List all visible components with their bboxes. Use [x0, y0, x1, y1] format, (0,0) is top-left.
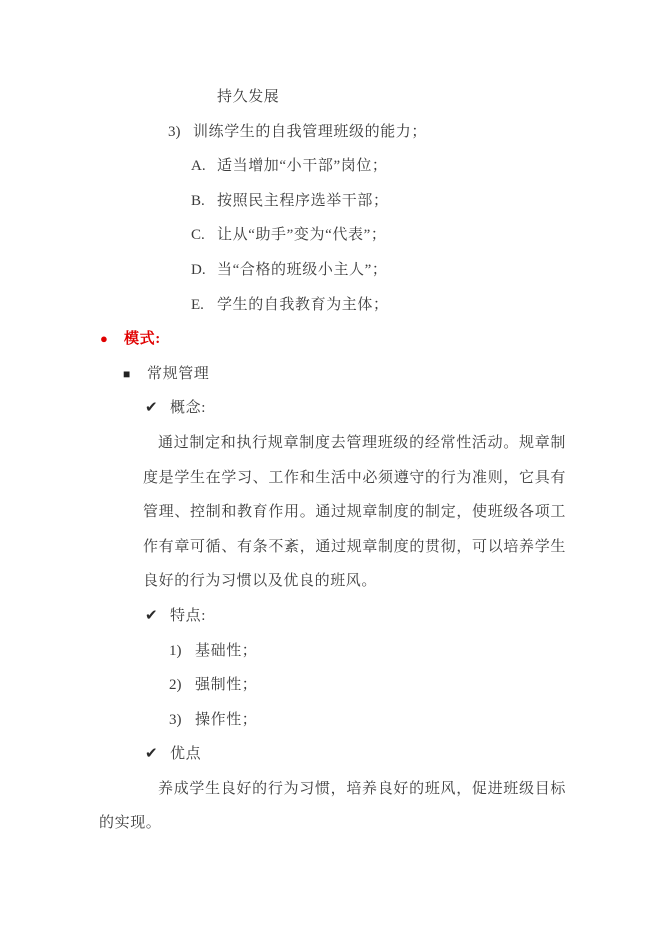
- hanging-text-line: 持久发展: [99, 80, 566, 115]
- line-text: 的实现。: [99, 815, 161, 831]
- numbered-list-item: 3)操作性；: [99, 703, 566, 738]
- document-page: 持久发展3)训练学生的自我管理班级的能力；A.适当增加“小干部”岗位；B.按照民…: [0, 0, 660, 934]
- paragraph-line: 度是学生在学习、工作和生活中必须遵守的行为准则，它具有: [99, 461, 566, 496]
- line-text: 概念:: [170, 400, 206, 416]
- paragraph-line: 通过制定和执行规章制度去管理班级的经常性活动。规章制: [99, 426, 566, 461]
- line-text: 让从“助手”变为“代表”；: [217, 227, 386, 243]
- line-text: 常规管理: [147, 366, 209, 382]
- check-icon: ✔: [145, 737, 170, 772]
- number-marker: 3): [168, 115, 193, 150]
- line-text: 学生的自我教育为主体；: [217, 297, 389, 313]
- line-text: 基础性；: [195, 643, 257, 659]
- line-text: 通过制定和执行规章制度去管理班级的经常性活动。规章制: [158, 435, 566, 451]
- paragraph-line: 作有章可循、有条不紊，通过规章制度的贯彻，可以培养学生: [99, 530, 566, 565]
- line-text: 当“合格的班级小主人”；: [217, 262, 388, 278]
- letter-marker: C.: [191, 218, 217, 253]
- line-text: 训练学生的自我管理班级的能力；: [193, 124, 427, 140]
- number-marker: 1): [169, 634, 195, 669]
- paragraph-line: 管理、控制和教育作用。通过规章制度的制定，使班级各项工: [99, 495, 566, 530]
- line-text: 持久发展: [217, 89, 279, 105]
- line-text: 适当增加“小干部”岗位；: [217, 158, 388, 174]
- lettered-list-item: E.学生的自我教育为主体；: [99, 288, 566, 323]
- check-icon: ✔: [145, 599, 170, 634]
- lettered-list-item: D.当“合格的班级小主人”；: [99, 253, 566, 288]
- letter-marker: A.: [191, 149, 217, 184]
- check-heading: ✔优点: [99, 737, 566, 772]
- line-text: 强制性；: [195, 677, 257, 693]
- lettered-list-item: A.适当增加“小干部”岗位；: [99, 149, 566, 184]
- line-text: 养成学生良好的行为习惯，培养良好的班风，促进班级目标: [158, 781, 566, 797]
- letter-marker: B.: [191, 184, 217, 219]
- line-text: 度是学生在学习、工作和生活中必须遵守的行为准则，它具有: [143, 470, 566, 486]
- check-icon: ✔: [145, 391, 170, 426]
- square-bullet-icon: ■: [123, 357, 147, 392]
- check-heading: ✔特点:: [99, 599, 566, 634]
- letter-marker: D.: [191, 253, 217, 288]
- lettered-list-item: C.让从“助手”变为“代表”；: [99, 218, 566, 253]
- line-text: 良好的行为习惯以及优良的班风。: [143, 573, 377, 589]
- numbered-list-item: 1)基础性；: [99, 634, 566, 669]
- letter-marker: E.: [191, 288, 217, 323]
- lettered-list-item: B.按照民主程序选举干部；: [99, 184, 566, 219]
- paragraph-line: 良好的行为习惯以及优良的班风。: [99, 564, 566, 599]
- number-marker: 2): [169, 668, 195, 703]
- numbered-list-item: 2)强制性；: [99, 668, 566, 703]
- line-text: 操作性；: [195, 712, 257, 728]
- section-heading: ●模式:: [99, 322, 566, 357]
- number-marker: 3): [169, 703, 195, 738]
- subsection-heading: ■常规管理: [99, 357, 566, 392]
- line-text: 按照民主程序选举干部；: [217, 193, 389, 209]
- line-text: 管理、控制和教育作用。通过规章制度的制定，使班级各项工: [143, 504, 566, 520]
- numbered-list-item: 3)训练学生的自我管理班级的能力；: [99, 115, 566, 150]
- document-content: 持久发展3)训练学生的自我管理班级的能力；A.适当增加“小干部”岗位；B.按照民…: [99, 80, 566, 841]
- line-text: 优点: [170, 746, 201, 762]
- paragraph-line: 养成学生良好的行为习惯，培养良好的班风，促进班级目标: [99, 772, 566, 807]
- line-text: 特点:: [170, 608, 206, 624]
- paragraph-line: 的实现。: [99, 806, 566, 841]
- red-bullet-icon: ●: [100, 322, 124, 357]
- line-text: 作有章可循、有条不紊，通过规章制度的贯彻，可以培养学生: [143, 539, 566, 555]
- line-text: 模式:: [124, 331, 161, 347]
- check-heading: ✔概念:: [99, 391, 566, 426]
